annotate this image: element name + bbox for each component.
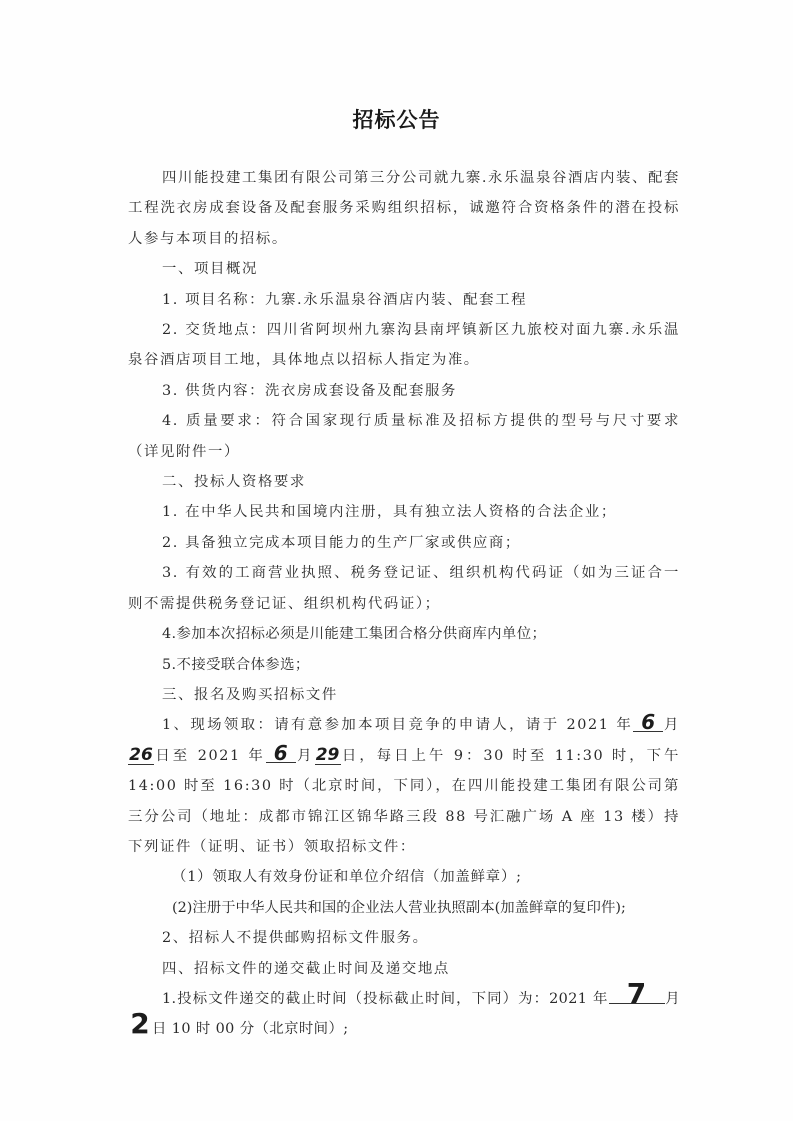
section-heading-3: 三、报名及购买招标文件 [128,680,680,710]
qualification-item-3: 3. 有效的工商营业执照、税务登记证、组织机构代码证（如为三证合一则不需提供税务… [128,558,680,619]
delivery-location-item: 2. 交货地点：四川省阿坝州九寨沟县南坪镇新区九旅校对面九寨.永乐温泉谷酒店项目… [128,315,680,376]
required-document-2: (2)注册于中华人民共和国的企业法人营业执照副本(加盖鲜章的复印件); [128,893,680,923]
handwritten-start-month: 6 [633,713,663,732]
project-name-item: 1. 项目名称：九寨.永乐温泉谷酒店内装、配套工程 [128,285,680,315]
qualification-item-1: 1. 在中华人民共和国境内注册，具有独立法人资格的合法企业； [128,497,680,527]
no-mail-order-notice: 2、招标人不提供邮购招标文件服务。 [128,923,680,953]
qualification-item-2: 2. 具备独立完成本项目能力的生产厂家或供应商； [128,528,680,558]
deadline-prefix: 1.投标文件递交的截止时间（投标截止时间，下同）为：2021 年 [162,991,609,1007]
handwritten-end-month: 6 [266,744,296,763]
handwritten-start-day: 26 [128,746,154,765]
handwritten-deadline-day: 2 [128,1015,152,1033]
qualification-item-4: 4.参加本次招标必须是川能建工集团合格分供商库内单位； [128,619,680,649]
section-heading-1: 一、项目概况 [128,254,680,284]
deadline-month-label: 月 [665,991,681,1007]
deadline-paragraph: 1.投标文件递交的截止时间（投标截止时间，下同）为：2021 年7月2日 10 … [128,984,680,1045]
handwritten-deadline-month: 7 [609,985,665,1004]
onsite-prefix: 1、现场领取：请有意参加本项目竞争的申请人，请于 2021 年 [162,717,633,733]
document-page: 招标公告 四川能投建工集团有限公司第三分公司就九寨.永乐温泉谷酒店内装、配套工程… [0,0,793,1121]
section-heading-2: 二、投标人资格要求 [128,467,680,497]
handwritten-end-day: 29 [315,746,341,765]
quality-requirement-item: 4. 质量要求：符合国家现行质量标准及招标方提供的型号与尺寸要求（详见附件一） [128,406,680,467]
required-document-1: （1）领取人有效身份证和单位介绍信（加盖鲜章）; [128,862,680,892]
month-label: 月 [663,717,680,733]
supply-content-item: 3. 供货内容：洗衣房成套设备及配套服务 [128,376,680,406]
page-title: 招标公告 [0,104,793,134]
deadline-suffix: 日 10 时 00 分（北京时间）; [152,1021,349,1037]
intro-paragraph: 四川能投建工集团有限公司第三分公司就九寨.永乐温泉谷酒店内装、配套工程洗衣房成套… [128,163,680,254]
document-body: 四川能投建工集团有限公司第三分公司就九寨.永乐温泉谷酒店内装、配套工程洗衣房成套… [128,163,680,1045]
onsite-collection-paragraph: 1、现场领取：请有意参加本项目竞争的申请人，请于 2021 年6月26日至 20… [128,710,680,862]
qualification-item-5: 5.不接受联合体参选； [128,650,680,680]
section-heading-4: 四、招标文件的递交截止时间及递交地点 [128,954,680,984]
end-month-label: 月 [296,748,315,764]
day-range-label: 日至 2021 年 [154,748,266,764]
